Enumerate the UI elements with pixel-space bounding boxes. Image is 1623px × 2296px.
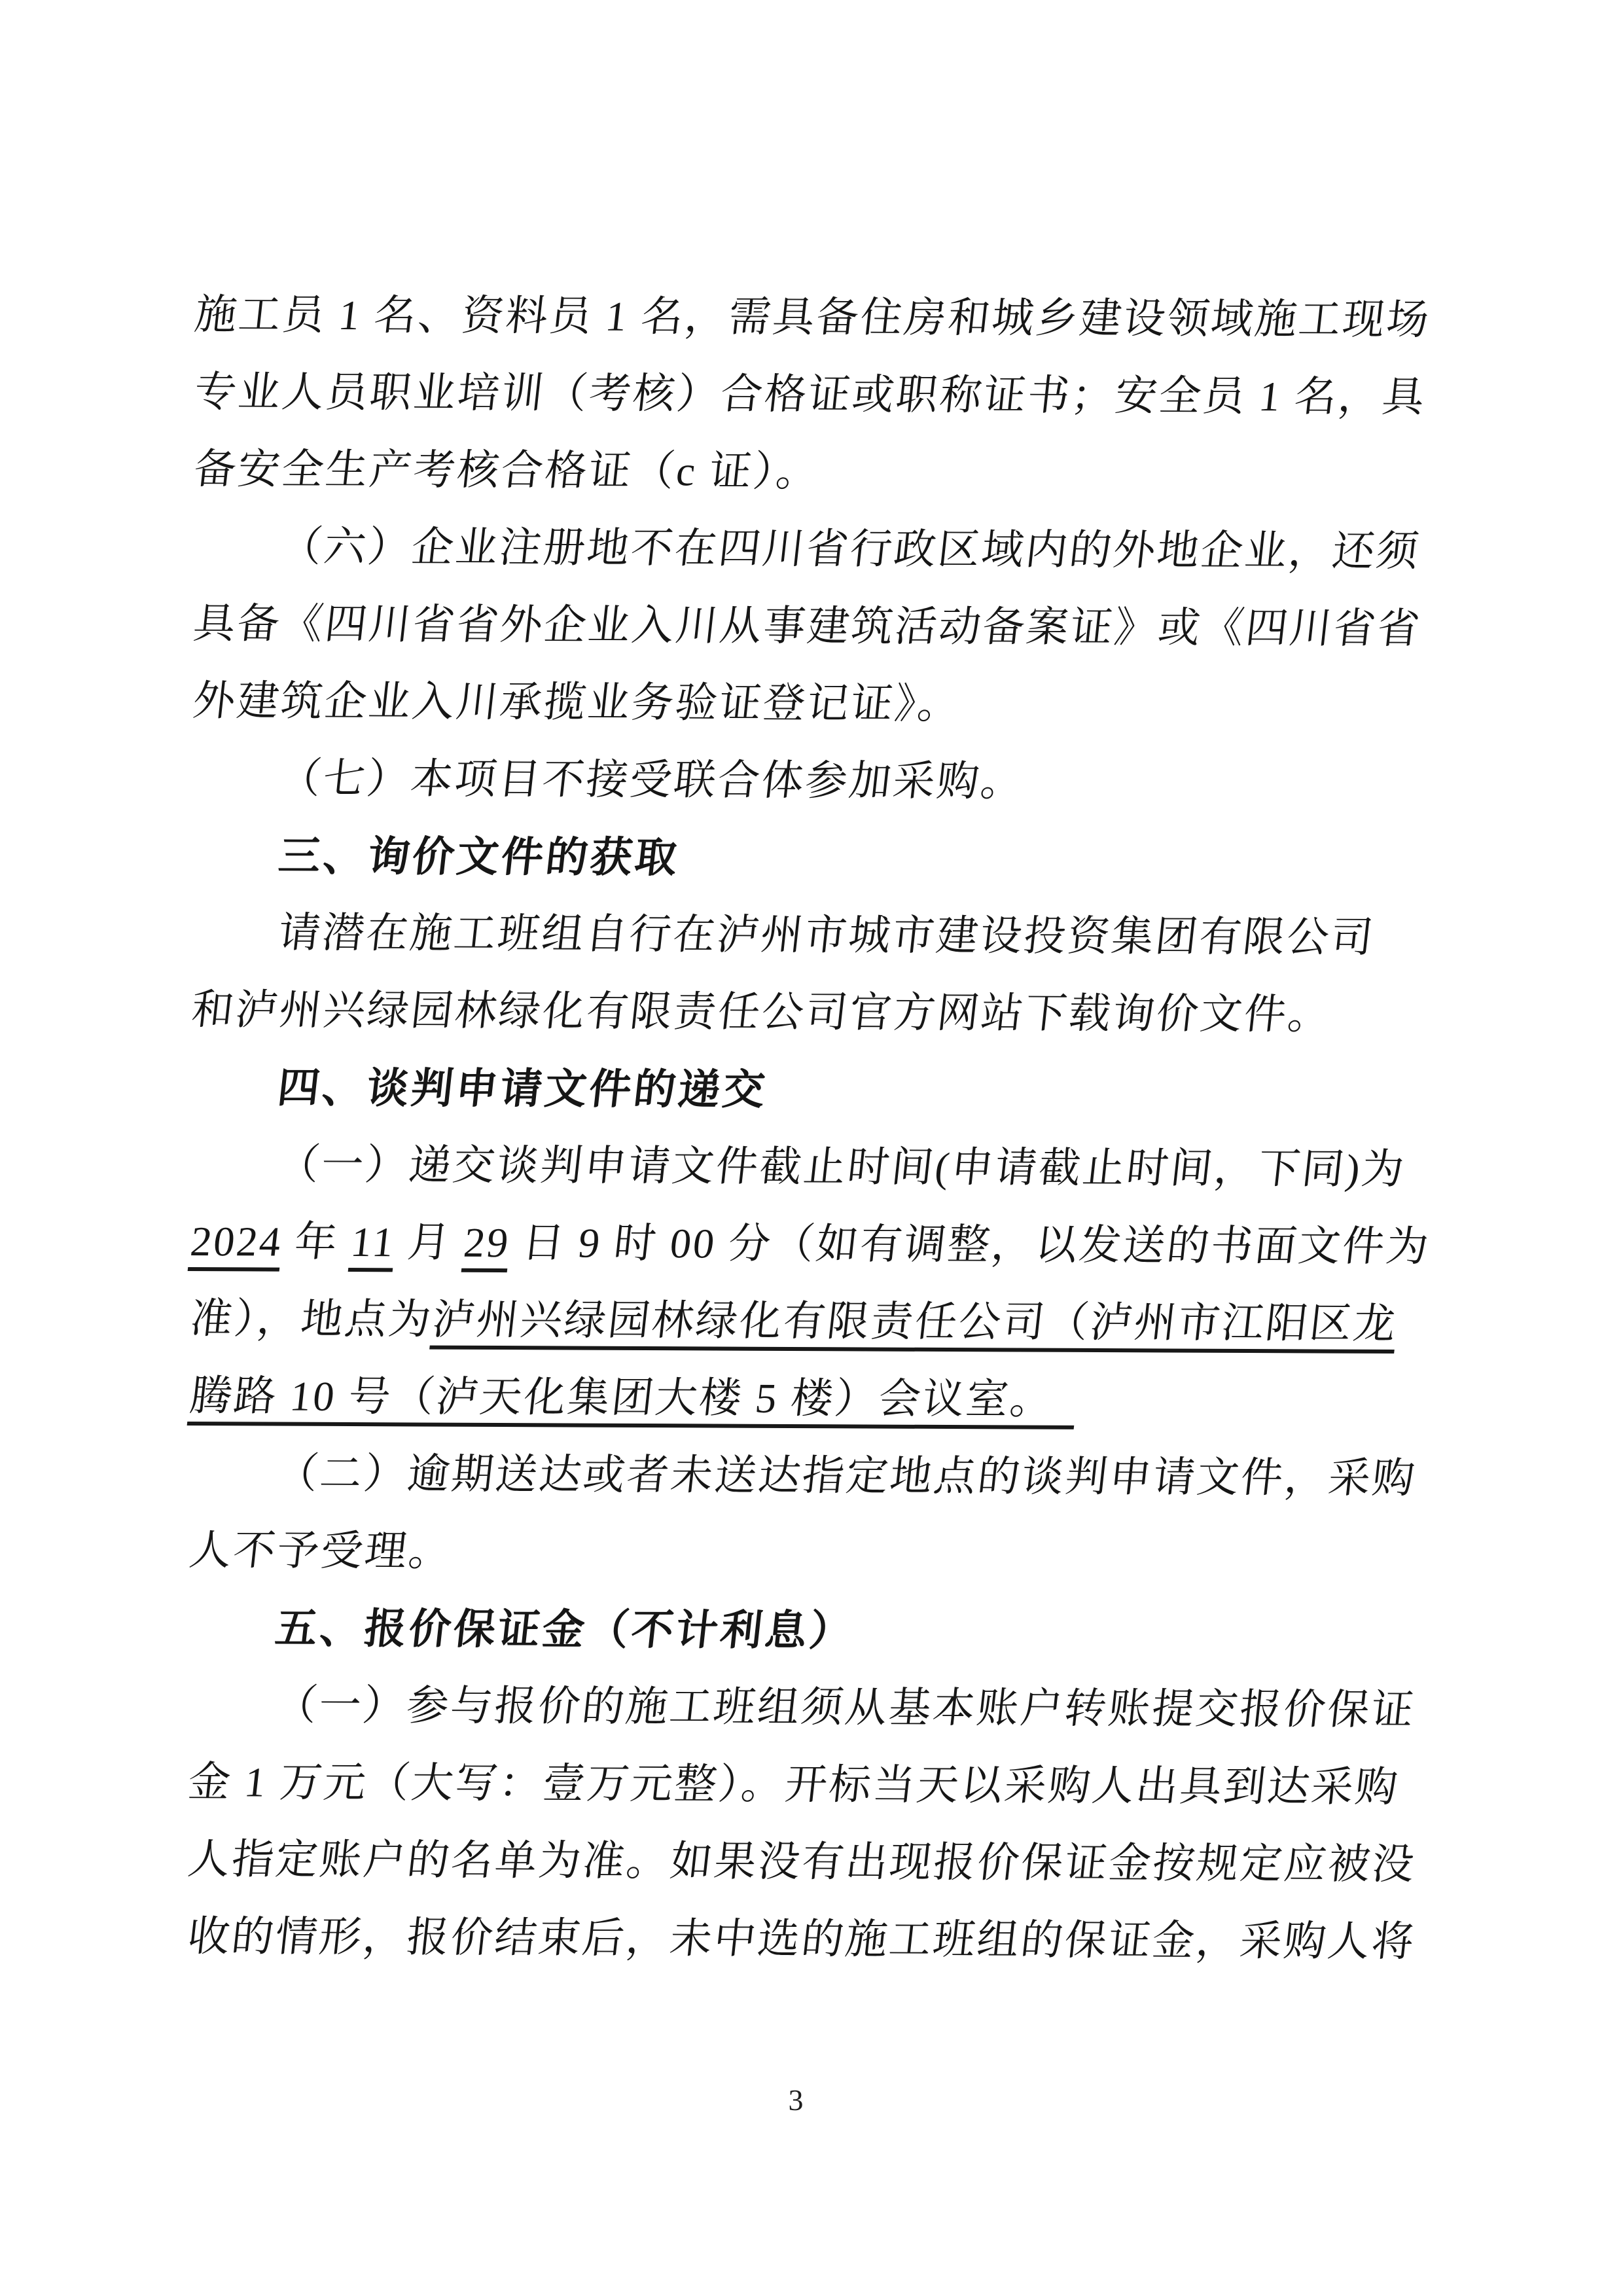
text-segment: 准），地点为 xyxy=(188,1295,435,1343)
text-segment: 施工员 1 名、资料员 1 名，需具备住房和城乡建设领域施工现场 xyxy=(192,291,1433,343)
text-segment: 请潜在施工班组自行在泸州市城市建设投资集团有限公司 xyxy=(276,910,1378,961)
body-text-line: 具备《四川省省外企业入川从事建筑活动备案证》或《四川省省 xyxy=(189,585,1436,668)
body-text-line: （一）参与报价的施工班组须从基本账户转账提交报价保证 xyxy=(185,1666,1431,1749)
body-text-line: 准），地点为泸州兴绿园林绿化有限责任公司（泸州市江阳区龙 xyxy=(187,1280,1433,1363)
section-heading-line: 四、谈判申请文件的递交 xyxy=(187,1049,1434,1131)
body-text-line: 请潜在施工班组自行在泸州市城市建设投资集团有限公司 xyxy=(188,894,1435,977)
text-segment: （七）本项目不接受联合体参加采购。 xyxy=(277,755,1027,805)
section-heading-line: 五、报价保证金（不计利息） xyxy=(185,1589,1432,1672)
text-segment: 收的情形，报价结束后，未中选的施工班组的保证金，采购人将 xyxy=(185,1913,1418,1965)
text-segment: 月 xyxy=(393,1219,467,1265)
text-segment: 五、报价保证金（不计利息） xyxy=(273,1605,857,1655)
body-text-line: 施工员 1 名、资料员 1 名，需具备住房和城乡建设领域施工现场 xyxy=(190,276,1437,359)
body-text-line: 外建筑企业入川承揽业务验证登记证》。 xyxy=(189,662,1436,745)
text-segment: （六）企业注册地不在四川省行政区域内的外地企业，还须 xyxy=(277,524,1423,575)
body-text-line: 专业人员职业培训（考核）合格证或职称证书；安全员 1 名，具 xyxy=(190,353,1437,436)
text-segment: （一）参与报价的施工班组须从基本账户转账提交报价保证 xyxy=(273,1682,1418,1734)
text-segment: 和泸州兴绿园林绿化有限责任公司官方网站下载询价文件。 xyxy=(189,986,1334,1038)
underlined-text: 29 xyxy=(461,1219,512,1272)
text-segment: 外建筑企业入川承揽业务验证登记证》。 xyxy=(190,677,964,727)
text-segment: 人不予受理。 xyxy=(187,1527,455,1575)
body-text-line: （六）企业注册地不在四川省行政区域内的外地企业，还须 xyxy=(190,508,1436,590)
body-text-line: 人指定账户的名单为准。如果没有出现报价保证金按规定应被没 xyxy=(184,1821,1431,1903)
text-segment: （一）递交谈判申请文件截止时间(申请截止时间，下同)为 xyxy=(275,1141,1408,1193)
body-text-line: （二）逾期送达或者未送达指定地点的谈判申请文件，采购 xyxy=(186,1435,1433,1517)
text-segment: 年 xyxy=(280,1219,354,1265)
underlined-text: 泸州兴绿园林绿化有限责任公司（泸州市江阳区龙 xyxy=(429,1297,1400,1354)
text-segment: 专业人员职业培训（考核）合格证或职称证书；安全员 1 名，具 xyxy=(192,368,1429,420)
body-text-line: 2024 年 11 月 29 日 9 时 00 分（如有调整，以发送的书面文件为 xyxy=(187,1203,1433,1285)
text-segment: 金 1 万元（大写：壹万元整）。开标当天以采购人出具到达采购 xyxy=(186,1759,1402,1810)
body-text-line: （一）递交谈判申请文件截止时间(申请截止时间，下同)为 xyxy=(187,1126,1434,1208)
text-segment: 具备《四川省省外企业入川从事建筑活动备案证》或《四川省省 xyxy=(191,600,1424,652)
underlined-text: 11 xyxy=(348,1219,398,1272)
body-text-line: 备安全生产考核合格证（c 证）。 xyxy=(190,431,1436,513)
text-segment: 备安全生产考核合格证（c 证）。 xyxy=(192,446,823,495)
underlined-text: 腾路 10 号（泸天化集团大楼 5 楼）会议室。 xyxy=(187,1372,1080,1429)
text-segment: （二）逾期送达或者未送达指定地点的谈判申请文件，采购 xyxy=(274,1450,1419,1502)
body-text-line: 金 1 万元（大写：壹万元整）。开标当天以采购人出具到达采购 xyxy=(185,1744,1431,1826)
body-text-line: 和泸州兴绿园林绿化有限责任公司官方网站下载询价文件。 xyxy=(188,971,1435,1054)
document-body: 施工员 1 名、资料员 1 名，需具备住房和城乡建设领域施工现场专业人员职业培训… xyxy=(188,276,1433,1981)
document-page: 施工员 1 名、资料员 1 名，需具备住房和城乡建设领域施工现场专业人员职业培训… xyxy=(0,0,1623,2296)
body-text-line: 腾路 10 号（泸天化集团大楼 5 楼）会议室。 xyxy=(186,1357,1433,1440)
body-text-line: （七）本项目不接受联合体参加采购。 xyxy=(188,740,1435,822)
section-heading-line: 三、询价文件的获取 xyxy=(188,817,1435,899)
body-text-line: 人不予受理。 xyxy=(185,1512,1432,1594)
text-segment: 三、询价文件的获取 xyxy=(276,833,682,882)
text-segment: 日 9 时 00 分（如有调整，以发送的书面文件为 xyxy=(507,1219,1433,1270)
body-text-line: 收的情形，报价结束后，未中选的施工班组的保证金，采购人将 xyxy=(183,1898,1430,1981)
text-segment: 四、谈判申请文件的递交 xyxy=(276,1064,770,1113)
page-number: 3 xyxy=(0,2083,1592,2117)
underlined-text: 2024 xyxy=(188,1218,285,1272)
text-segment: 人指定账户的名单为准。如果没有出现报价保证金按规定应被没 xyxy=(186,1836,1419,1888)
